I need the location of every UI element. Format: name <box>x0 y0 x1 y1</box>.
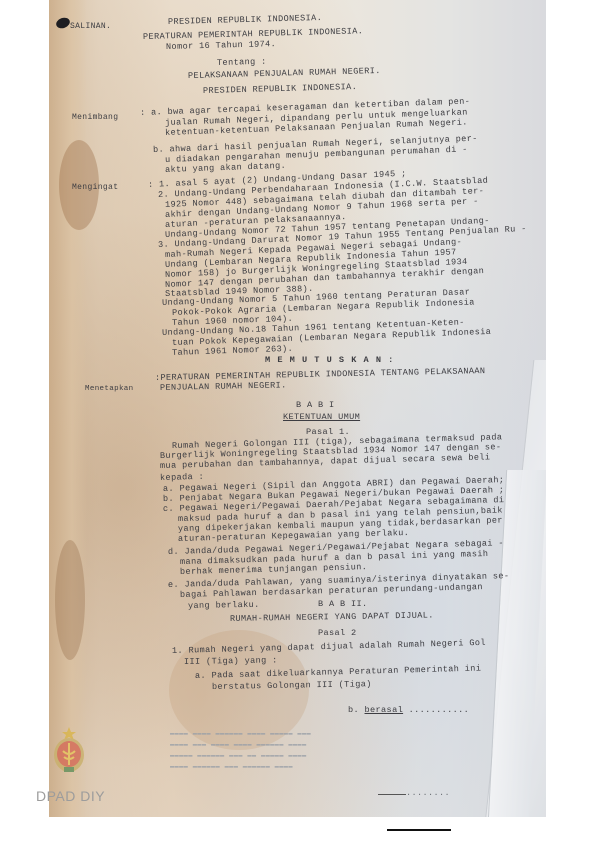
header-tentang: Tentang : <box>217 57 267 68</box>
item-b-word: berasal <box>365 705 404 715</box>
label-mengingat: Mengingat <box>72 183 118 192</box>
memutuskan-heading: M E M U T U S K A N : <box>265 355 394 365</box>
bab2-line: III (Tiga) yang : <box>184 655 278 667</box>
faint-next-page-text: ▬▬▬▬ ▬▬▬▬ ▬▬▬▬▬▬ ▬▬▬▬ ▬▬▬▬▬ ▬▬▬ <box>170 730 311 738</box>
watermark-dpad-diy: DPAD DIY <box>36 788 105 804</box>
item-c-dots: ........ <box>378 787 450 798</box>
faint-next-page-text: ▬▬▬▬ ▬▬▬▬▬▬ ▬▬▬ ▬▬▬▬▬▬ ▬▬▬▬ <box>170 763 293 771</box>
bab2-item-b: b. berasal ........... <box>348 705 469 715</box>
bab1-subtitle: KETENTUAN UMUM <box>283 412 360 422</box>
faint-next-page-text: ▬▬▬▬▬ ▬▬▬▬▬▬ ▬▬▬ ▬▬ ▬▬▬▬▬ ▬▬▬▬ <box>170 752 307 760</box>
item-b-label: b. <box>348 705 359 715</box>
page-underline-rule <box>387 829 451 831</box>
bab1-line: kepada : <box>160 472 204 483</box>
label-menetapkan: Menetapkan <box>85 385 134 393</box>
bab2-pasal: Pasal 2 <box>318 628 357 638</box>
stamp-salinan: SALINAN. <box>70 22 111 31</box>
item-b-dots: ........... <box>403 705 469 715</box>
yogyakarta-emblem-icon <box>52 727 86 777</box>
faint-next-page-text: ▬▬▬▬ ▬▬▬ ▬▬▬▬ ▬▬▬▬ ▬▬▬▬▬▬ ▬▬▬▬ <box>170 741 307 749</box>
label-menimbang: Menimbang <box>72 113 118 122</box>
bab2-title: B A B II. <box>318 599 368 609</box>
bab1-title: B A B I <box>296 400 335 410</box>
stain <box>55 540 85 660</box>
bab1-line: yang berlaku. <box>188 600 260 611</box>
